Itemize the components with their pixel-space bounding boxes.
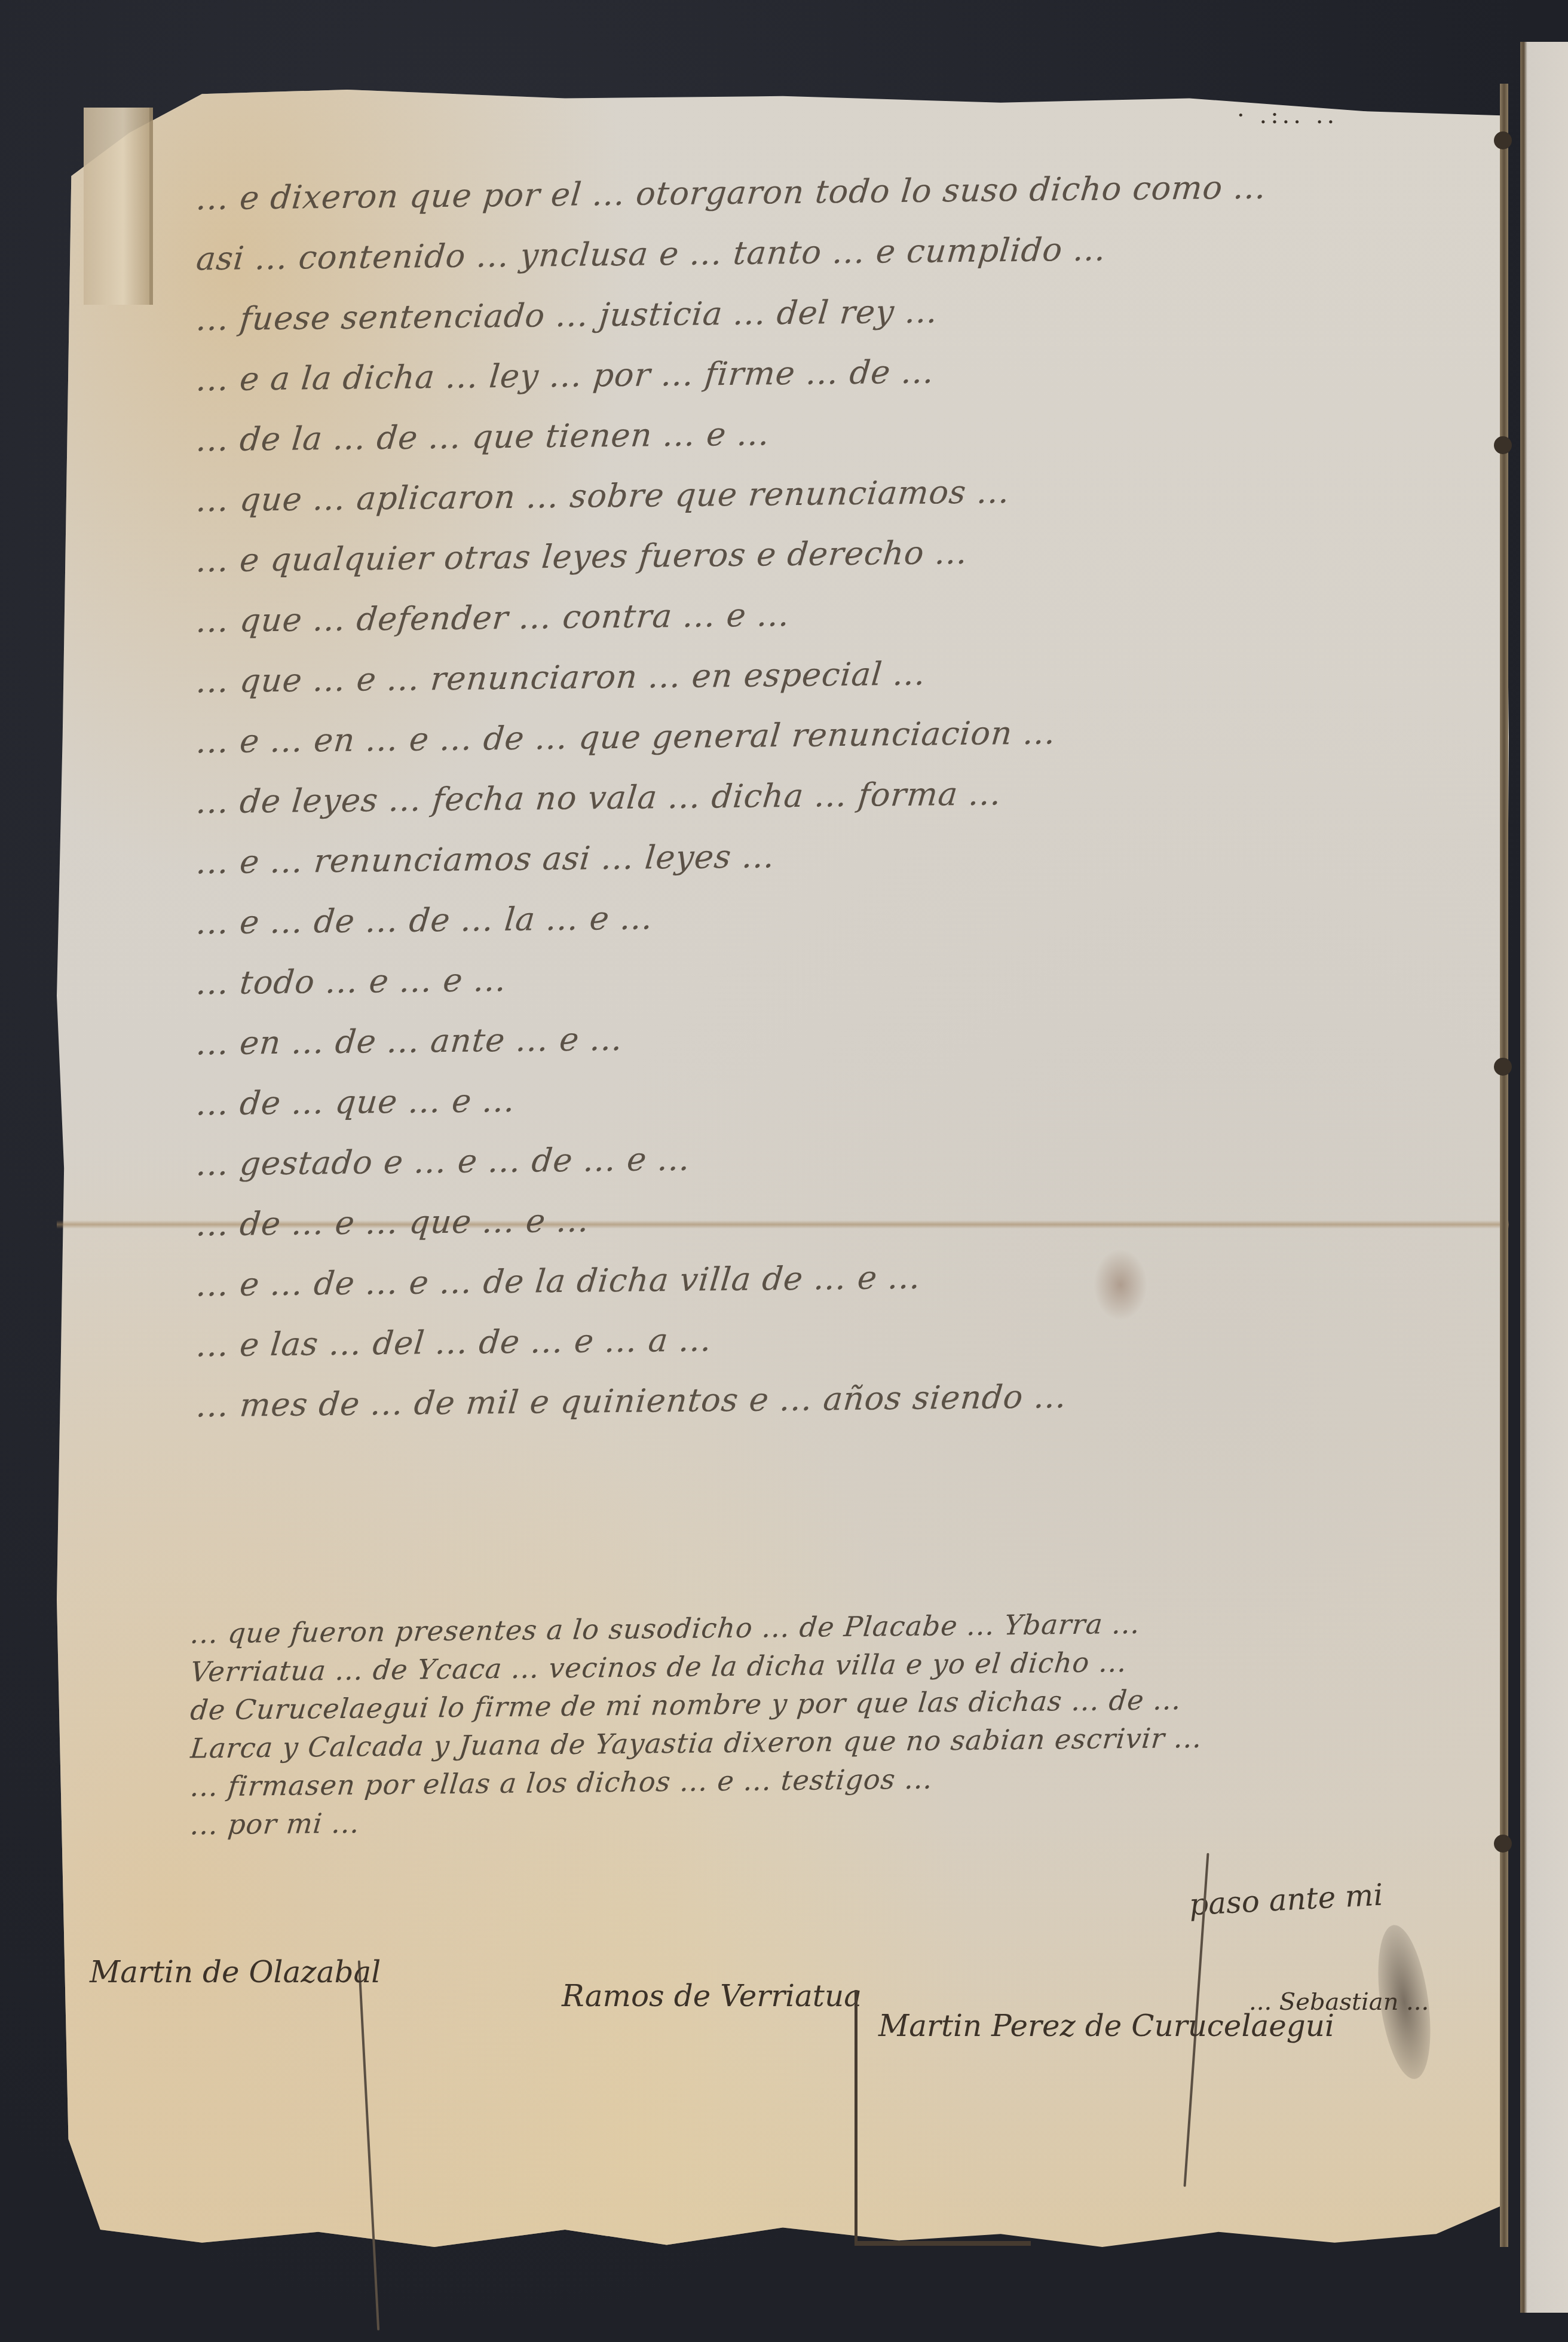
signature-olazabal: Martin de Olazabal <box>90 1954 381 1990</box>
top-mark: · .:.. .. <box>1237 102 1338 129</box>
signature-verriatua: Ramos de Verriatua <box>562 1978 862 2014</box>
binding-stitch <box>1494 131 1512 149</box>
closing-clause: ... que fueron presentes a lo susodicho … <box>191 1608 1506 1837</box>
text-line: ... mes de ... de mil e quinientos e ...… <box>194 1362 1503 1436</box>
adjacent-page-edge <box>1520 42 1568 2313</box>
body-text: ... e dixeron que por el ... otorgaron t… <box>197 161 1500 1429</box>
binding-stitch <box>1494 1835 1512 1853</box>
signature-sebastian: ... Sebastian ... <box>1249 1984 1429 2020</box>
torn-corner <box>84 108 153 305</box>
